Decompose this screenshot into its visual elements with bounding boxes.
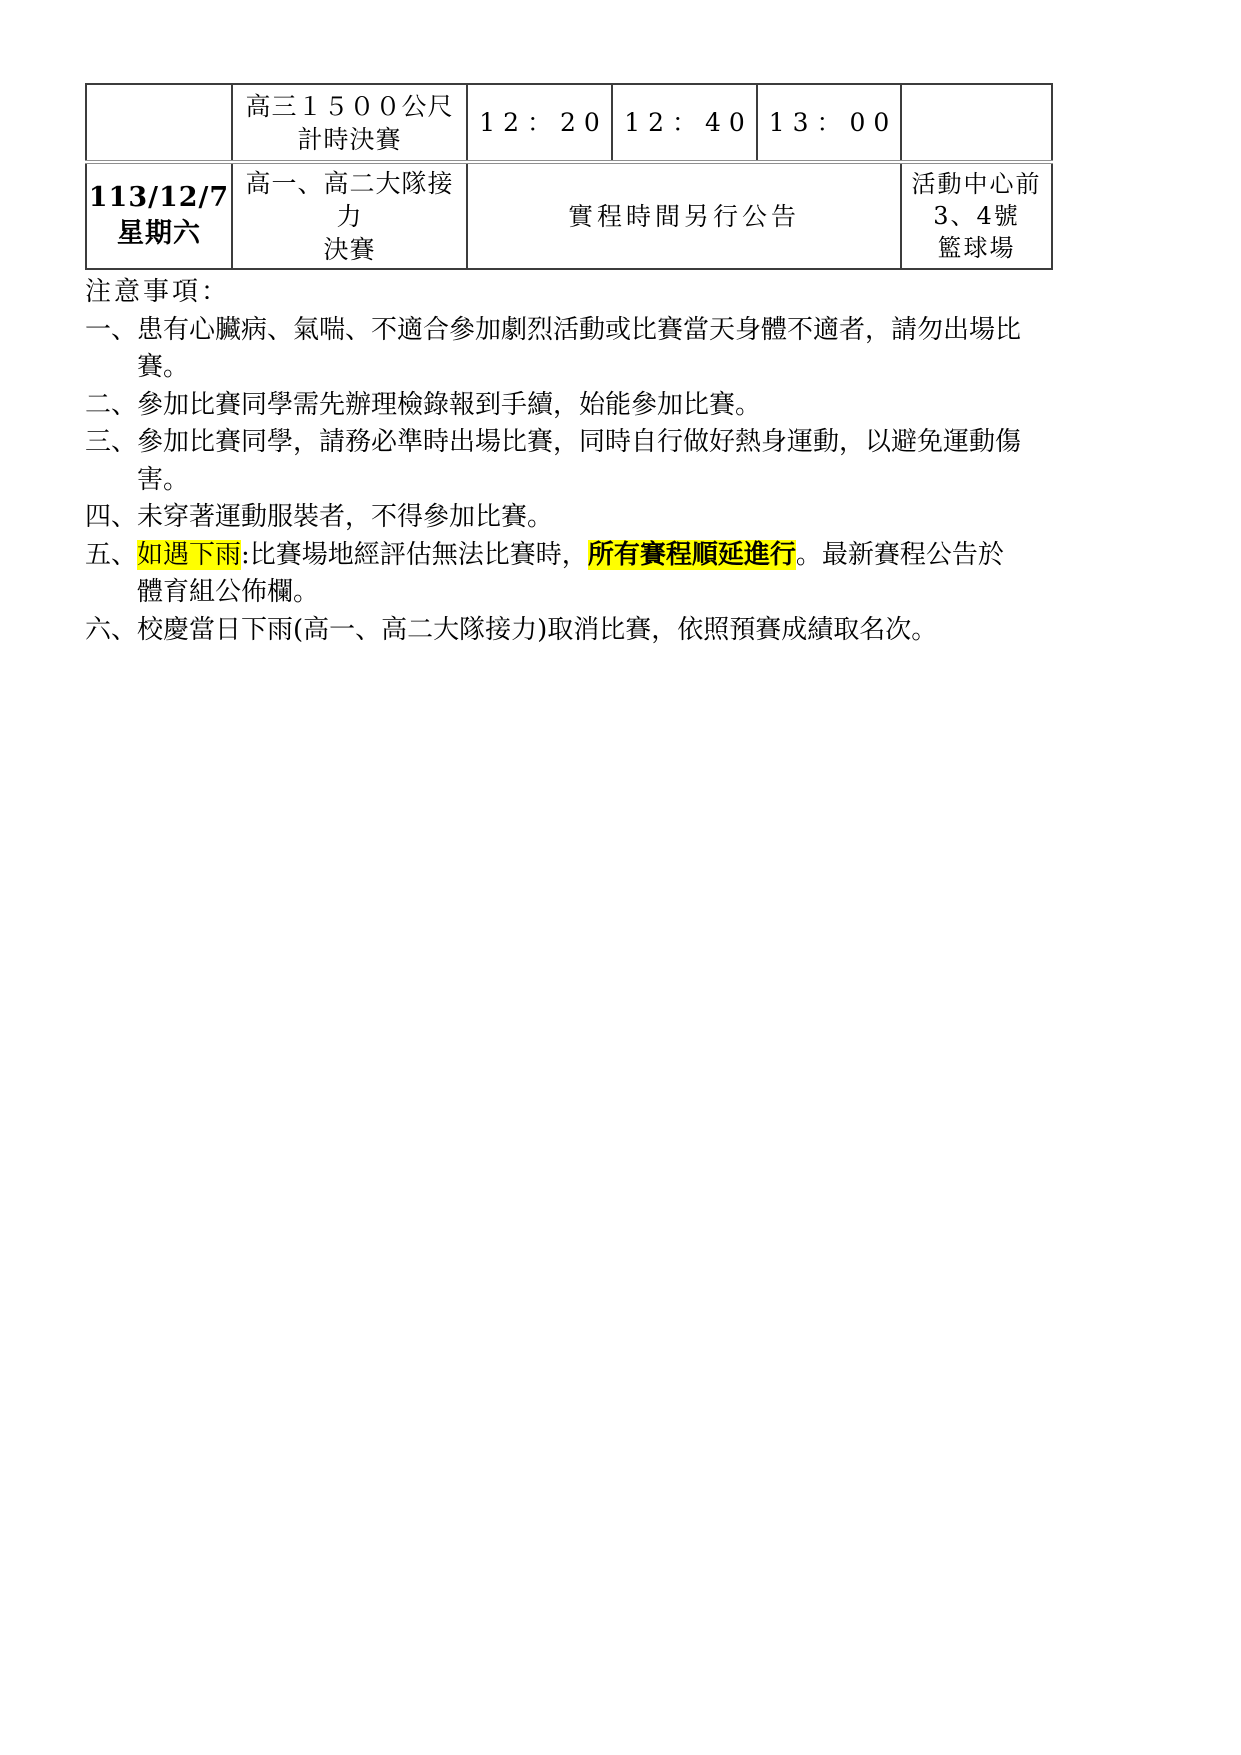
- cell-event-1500m: 高三１５００公尺 計時決賽: [232, 84, 467, 162]
- note-item-marker: 五、: [85, 540, 137, 570]
- note-item-marker: 四、: [85, 502, 137, 532]
- note-text: 未穿著運動服裝者，不得參加比賽。: [137, 502, 553, 532]
- event-line-2: 計時決賽: [233, 123, 466, 156]
- cell-time-1: 12：20: [467, 84, 612, 162]
- note-text: 參加比賽同學，請務必準時出場比賽，同時自行做好熱身運動，以避免運動傷: [137, 427, 1021, 457]
- note-text: 。最新賽程公告於: [796, 540, 1004, 570]
- note-item-marker: 六、: [85, 615, 137, 645]
- cell-time-3: 13：00: [757, 84, 901, 162]
- note-item-3-line-1: 三、參加比賽同學，請務必準時出場比賽，同時自行做好熱身運動，以避免運動傷: [85, 424, 1030, 462]
- note-text: 患有心臟病、氣喘、不適合參加劇烈活動或比賽當天身體不適者，請勿出場比: [137, 315, 1021, 345]
- note-item-3-line-2: 害。: [85, 462, 1030, 500]
- location-line-2: 3、4號: [902, 200, 1051, 232]
- note-item-6-line-1: 六、校慶當日下雨(高一、高二大隊接力)取消比賽，依照預賽成績取名次。: [85, 612, 1030, 650]
- location-line-1: 活動中心前: [902, 168, 1051, 200]
- schedule-row-1500m: 高三１５００公尺 計時決賽 12：20 12：40 13：00: [86, 84, 1052, 162]
- note-item-4-line-1: 四、未穿著運動服裝者，不得參加比賽。: [85, 499, 1030, 537]
- note-item-1-line-1: 一、患有心臟病、氣喘、不適合參加劇烈活動或比賽當天身體不適者，請勿出場比: [85, 312, 1030, 350]
- notes-list: 一、患有心臟病、氣喘、不適合參加劇烈活動或比賽當天身體不適者，請勿出場比賽。二、…: [85, 312, 1030, 650]
- event-line-1: 高三１５００公尺: [233, 90, 466, 123]
- cell-location-empty: [901, 84, 1052, 162]
- cell-date-empty: [86, 84, 232, 162]
- cell-time-2: 12：40: [612, 84, 757, 162]
- note-item-marker: 三、: [85, 427, 137, 457]
- note-item-1-line-2: 賽。: [85, 349, 1030, 387]
- note-item-marker: 一、: [85, 315, 137, 345]
- notes-section: 注意事項： 一、患有心臟病、氣喘、不適合參加劇烈活動或比賽當天身體不適者，請勿出…: [85, 274, 1030, 649]
- note-text: 賽。: [137, 352, 189, 382]
- document-page: 高三１５００公尺 計時決賽 12：20 12：40 13：00 113/12/7…: [0, 0, 1241, 1755]
- schedule-table: 高三１５００公尺 計時決賽 12：20 12：40 13：00 113/12/7…: [85, 83, 1053, 270]
- date-line-1: 113/12/7: [87, 180, 231, 216]
- note-text: 比賽場地經評估無法比賽時，: [250, 540, 588, 570]
- note-item-2-line-1: 二、參加比賽同學需先辦理檢錄報到手續，始能參加比賽。: [85, 387, 1030, 425]
- cell-location: 活動中心前 3、4號 籃球場: [901, 162, 1052, 269]
- event-line-1: 高一、高二大隊接力: [233, 167, 466, 233]
- note-item-5-line-2: 體育組公佈欄。: [85, 574, 1030, 612]
- highlighted-text: 所有賽程順延進行: [588, 540, 796, 570]
- location-line-3: 籃球場: [902, 232, 1051, 264]
- notes-title: 注意事項：: [85, 274, 1030, 312]
- note-text: 害。: [137, 465, 189, 495]
- note-text: :: [241, 540, 250, 570]
- note-item-5-line-1: 五、如遇下雨:比賽場地經評估無法比賽時，所有賽程順延進行。最新賽程公告於: [85, 537, 1030, 575]
- event-line-2: 決賽: [233, 233, 466, 266]
- date-line-2: 星期六: [87, 216, 231, 252]
- note-text: 參加比賽同學需先辦理檢錄報到手續，始能參加比賽。: [137, 390, 761, 420]
- cell-event-relay: 高一、高二大隊接力 決賽: [232, 162, 467, 269]
- cell-date: 113/12/7 星期六: [86, 162, 232, 269]
- cell-announcement: 實程時間另行公告: [467, 162, 901, 269]
- note-text: 校慶當日下雨(高一、高二大隊接力)取消比賽，依照預賽成績取名次。: [137, 615, 937, 645]
- note-item-marker: 二、: [85, 390, 137, 420]
- schedule-row-relay: 113/12/7 星期六 高一、高二大隊接力 決賽 實程時間另行公告 活動中心前…: [86, 162, 1052, 269]
- note-text: 體育組公佈欄。: [137, 577, 319, 607]
- highlighted-text: 如遇下雨: [137, 540, 241, 570]
